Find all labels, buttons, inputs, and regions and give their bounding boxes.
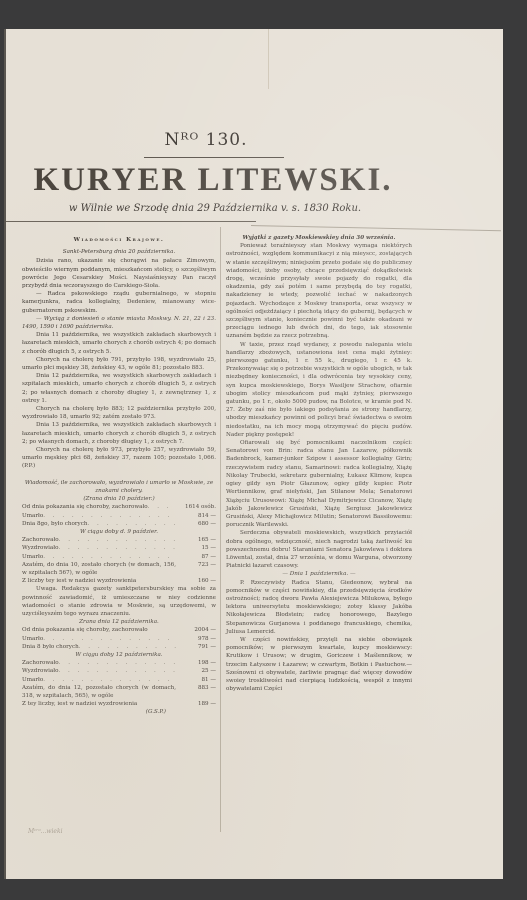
report-subheading: W ciągu doby d. 9 paździer. — [22, 528, 216, 536]
date-separator: — Dnia 1 października. — — [226, 570, 412, 578]
stat-row: Dnia 8go, było chorych. . . . . . . . . … — [22, 520, 216, 528]
paragraph: Dzisia rano, ukazanie się chorągwi na pa… — [22, 257, 216, 290]
left-column: Wiadomości Krajowe. Sankt-Petersburg dni… — [22, 234, 216, 717]
library-stamp: Mᶜʳᵒ...wieki — [28, 828, 63, 835]
stat-row: Azatém, do dnia 10, zostało chorych (w d… — [22, 561, 216, 577]
stat-row: Umarło. . . . . . . . . . . . . . . . . … — [22, 512, 216, 520]
paragraph: Dnia 13 października, we wszystkich zakł… — [22, 421, 216, 446]
stat-row: Umarło. . . . . . . . . . . . . . . . . … — [22, 676, 216, 684]
paragraph: Chorych na cholerę było 883; 12 paździer… — [22, 405, 216, 421]
article-dateline: Sankt-Petersburg dnia 20 października. — [22, 248, 216, 256]
right-column: Wyjątki z gazety Moskiewskiey dnia 30 wr… — [226, 234, 412, 693]
header-crease — [251, 225, 501, 231]
newspaper-title: KURYER LITEWSKI. — [28, 162, 398, 199]
paragraph: Chorych na cholerę było 973, przybyło 25… — [22, 446, 216, 471]
stat-row: Zachorowało. . . . . . . . . . . . . . .… — [22, 659, 216, 667]
editor-note: Uwaga. Redakcya gazety sanktpetersburski… — [22, 585, 216, 618]
paragraph: Dnia 11 października, we wszystkich zakł… — [22, 331, 216, 356]
paragraph: Ofiarowali się być pomocnikami naczelnik… — [226, 439, 412, 529]
paragraph: P. Rzeczywisty Radca Stanu, Giedeonow, w… — [226, 579, 412, 636]
stat-row: Umarło. . . . . . . . . . . . . . . . . … — [22, 553, 216, 561]
issue-number: Nᴿᴼ 130. — [6, 130, 406, 150]
paragraph: Dnia 12 października, we wszystkich skar… — [22, 372, 216, 405]
issue-rule — [144, 157, 284, 158]
stat-row: Umarło. . . . . . . . . . . . . . . . . … — [22, 635, 216, 643]
paragraph: W części nowińskiey, przyięli na siebie … — [226, 636, 412, 693]
report-heading: Wiadomość, ile zachorowało, wyzdrowiało … — [22, 479, 216, 495]
paragraph: Serdeczna obywateli moskiewskich, wszyst… — [226, 529, 412, 570]
source-attribution: (G.S.P.) — [22, 708, 216, 716]
stat-row: Z liczby tey iest w nadziei wyzdrowienia… — [22, 577, 216, 585]
stat-row: Od dnia pokazania się choroby, zachorowa… — [22, 626, 216, 634]
article-heading: Wyjątki z gazety Moskiewskiey dnia 30 wr… — [226, 234, 412, 242]
report-date: (Zrana dnia 10 paździer.) — [22, 495, 216, 503]
stat-row: Dnia 8 było chorych. . . . . . . . . . .… — [22, 643, 216, 651]
masthead-dateline: w Wilnie we Srzodę dnia 29 Października … — [32, 203, 398, 214]
header-rule — [6, 221, 256, 222]
stat-row: Od dnia pokazania się choroby, zachorowa… — [22, 503, 216, 511]
paper-fold — [268, 29, 269, 89]
paragraph: W taxie, przez rząd wydaney, z powodu na… — [226, 341, 412, 439]
report-date: Zrana dnia 12 października. — [22, 618, 216, 626]
stat-row: Azatém, do dnia 12, pozostało chorych (w… — [22, 684, 216, 700]
stat-row: Z tey liczby, iest w nadziei wyzdrowieni… — [22, 700, 216, 708]
stat-row: Zachorowało. . . . . . . . . . . . . . .… — [22, 536, 216, 544]
report-subheading: W ciągu doby 12 października. — [22, 651, 216, 659]
stat-row: Wyzdrowiało. . . . . . . . . . . . . . .… — [22, 667, 216, 675]
paragraph: Ponieważ teraźnieyszy stan Moskwy wymaga… — [226, 242, 412, 340]
newspaper-page: Nᴿᴼ 130. KURYER LITEWSKI. w Wilnie we Sr… — [4, 29, 503, 879]
paragraph: — Wyciąg z doniesień o stanie miasta Mos… — [22, 315, 216, 331]
stat-row: Wyzdrowiało. . . . . . . . . . . . . . .… — [22, 544, 216, 552]
section-heading: Wiadomości Krajowe. — [22, 236, 216, 244]
column-divider — [220, 227, 221, 832]
paragraph: — Radca pskowskiego rządu gubernialnego,… — [22, 290, 216, 315]
paragraph: Chorych na cholerę było 791, przybyło 19… — [22, 356, 216, 372]
